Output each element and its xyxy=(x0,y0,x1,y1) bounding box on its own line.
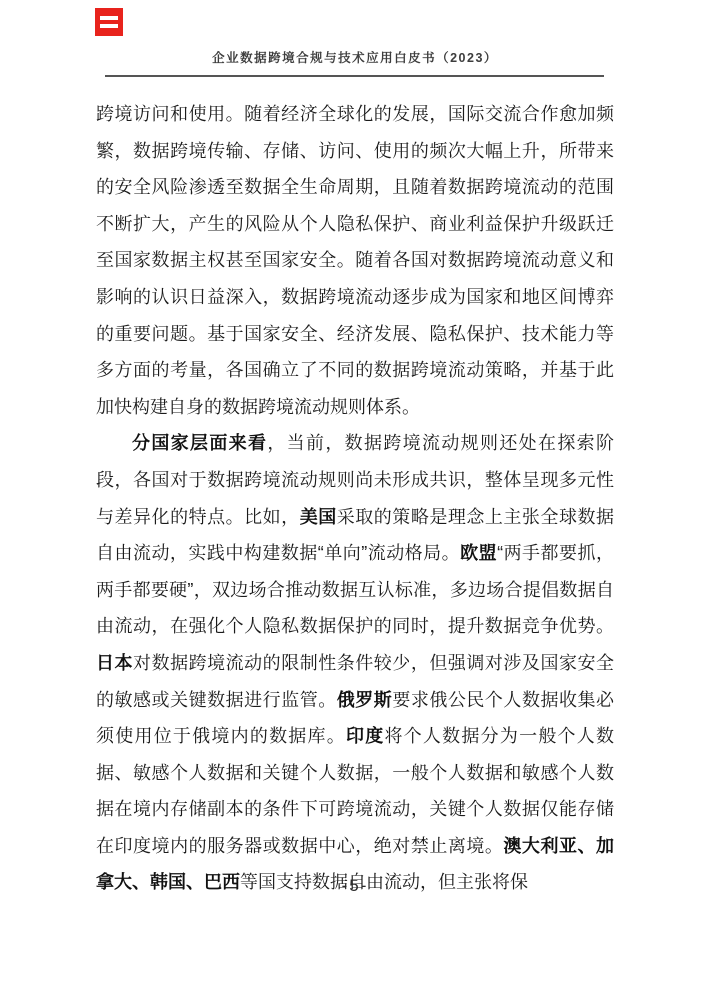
document-page: 企业数据跨境合规与技术应用白皮书（2023） 跨境访问和使用。随着经济全球化的发… xyxy=(0,0,710,1004)
bold-text-segment: 分国家层面来看 xyxy=(132,433,267,453)
page-number: -5- xyxy=(0,876,710,896)
paragraph: 跨境访问和使用。随着经济全球化的发展，国际交流合作愈加频繁，数据跨境传输、存储、… xyxy=(96,96,614,425)
page-header-title: 企业数据跨境合规与技术应用白皮书（2023） xyxy=(0,48,710,66)
text-segment: 跨境访问和使用。随着经济全球化的发展，国际交流合作愈加频繁，数据跨境传输、存储、… xyxy=(96,104,614,417)
bold-text-segment: 俄罗斯 xyxy=(337,690,393,710)
logo-icon xyxy=(100,14,118,30)
paragraph: 分国家层面来看，当前，数据跨境流动规则还处在探索阶段，各国对于数据跨境流动规则尚… xyxy=(96,425,614,901)
bold-text-segment: 欧盟 xyxy=(460,543,497,563)
brand-logo xyxy=(95,8,123,36)
bold-text-segment: 美国 xyxy=(300,507,337,527)
bold-text-segment: 日本 xyxy=(96,653,133,673)
bold-text-segment: 印度 xyxy=(346,726,384,746)
document-body: 跨境访问和使用。随着经济全球化的发展，国际交流合作愈加频繁，数据跨境传输、存储、… xyxy=(96,96,614,901)
header-divider xyxy=(105,75,604,77)
